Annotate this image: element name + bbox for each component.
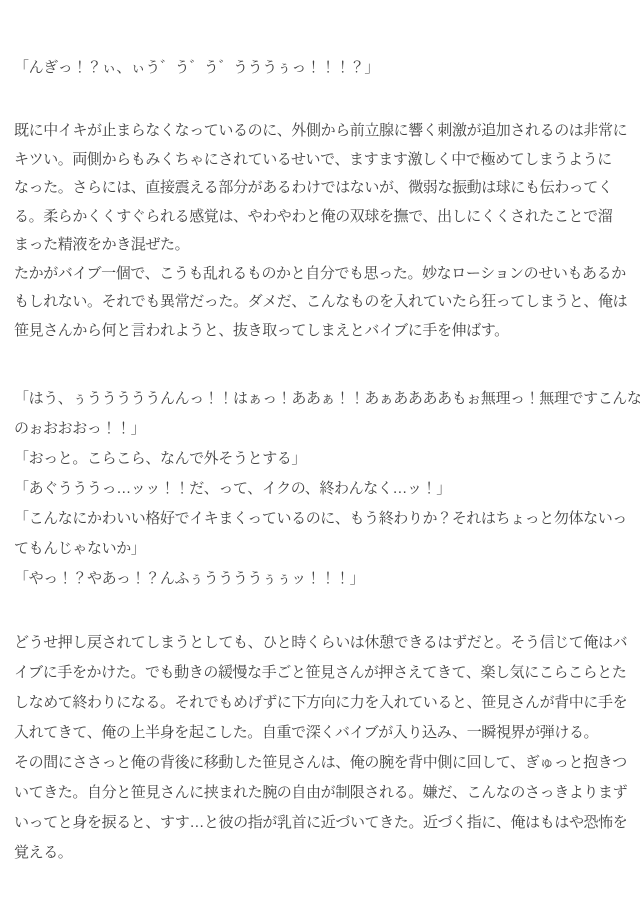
text-line: しなめて終わりになる。それでもめげずに下方向に力を入れていると、笹見さんが背中に… — [14, 688, 630, 718]
narration-block: 既に中イキが止まらなくなっているのに、外側から前立腺に響く刺激が追加されるのは非… — [14, 117, 630, 345]
text-line: 「あぐうううっ…ッッ！！だ、って、イクの、終わんなく…ッ！」 — [14, 474, 630, 504]
text-line: キツい。両側からもみくちゃにされているせいで、ますます激しく中で極めてしまうよう… — [14, 146, 630, 175]
text-line: 「おっと。こらこら、なんで外そうとする」 — [14, 444, 630, 474]
novel-text: 「んぎっ！？ぃ、ぃう゛う゛う゛うううぅっ！！！？」既に中イキが止まらなくなってい… — [14, 53, 630, 868]
text-line: 「んぎっ！？ぃ、ぃう゛う゛う゛うううぅっ！！！？」 — [14, 53, 630, 83]
text-line: イブに手をかけた。でも動きの緩慢な手ごと笹見さんが押さえてきて、楽し気にこらこら… — [14, 658, 630, 688]
text-line: る。柔らかくくすぐられる感覚は、やわやわと俺の双球を撫で、出しにくくされたことで… — [14, 203, 630, 232]
text-line: どうせ押し戻されてしまうとしても、ひと時くらいは休憩できるはずだと。そう信じて俺… — [14, 628, 630, 658]
text-line: 覚える。 — [14, 838, 630, 868]
dialogue-block: 「はう、ぅうううううんんっ！！はぁっ！ああぁ！！あぁああああもぉ無理っ！無理です… — [14, 384, 630, 594]
text-line: もしれない。それでも異常だった。ダメだ、こんなものを入れていたら狂ってしまうと、… — [14, 288, 630, 317]
dialogue-block: 「んぎっ！？ぃ、ぃう゛う゛う゛うううぅっ！！！？」 — [14, 53, 630, 83]
text-line: てもんじゃないか」 — [14, 534, 630, 564]
text-line: たかがバイブ一個で、こうも乱れるものかと自分でも思った。妙なローションのせいもあ… — [14, 260, 630, 289]
text-line: なった。さらには、直接震える部分があるわけではないが、微弱な振動は球にも伝わって… — [14, 174, 630, 203]
text-line: 入れてきて、俺の上半身を起こした。自重で深くバイブが入り込み、一瞬視界が弾ける。 — [14, 718, 630, 748]
text-line: 笹見さんから何と言われようと、抜き取ってしまえとバイブに手を伸ばす。 — [14, 317, 630, 346]
text-line: 既に中イキが止まらなくなっているのに、外側から前立腺に響く刺激が追加されるのは非… — [14, 117, 630, 146]
text-line: いてきた。自分と笹見さんに挟まれた腕の自由が制限される。嫌だ、こんなのさっきより… — [14, 778, 630, 808]
text-line: その間にささっと俺の背後に移動した笹見さんは、俺の腕を背中側に回して、ぎゅっと抱… — [14, 748, 630, 778]
novel-page: 「んぎっ！？ぃ、ぃう゛う゛う゛うううぅっ！！！？」既に中イキが止まらなくなってい… — [0, 0, 640, 900]
text-line: 「やっ！？やあっ！？んふぅううううぅぅッ！！！」 — [14, 564, 630, 594]
text-line: 「はう、ぅうううううんんっ！！はぁっ！ああぁ！！あぁああああもぉ無理っ！無理です… — [14, 384, 630, 414]
narration-block: どうせ押し戻されてしまうとしても、ひと時くらいは休憩できるはずだと。そう信じて俺… — [14, 628, 630, 868]
text-line: 「こんなにかわいい格好でイキまくっているのに、もう終わりか？それはちょっと勿体な… — [14, 504, 630, 534]
text-line: まった精液をかき混ぜた。 — [14, 231, 630, 260]
text-line: いってと身を捩ると、すす…と彼の指が乳首に近づいてきた。近づく指に、俺はもはや恐… — [14, 808, 630, 838]
text-line: のぉおおおっ！！」 — [14, 414, 630, 444]
